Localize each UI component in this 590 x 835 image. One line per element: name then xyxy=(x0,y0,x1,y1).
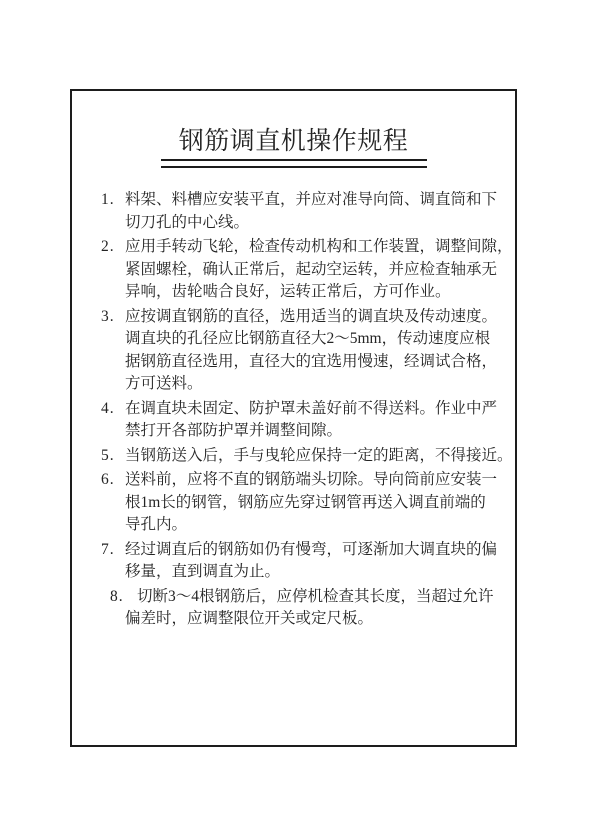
rule-text-line: 异响，齿轮啮合良好，运转正常后，方可作业。 xyxy=(125,281,499,304)
title-double-underline xyxy=(161,159,427,168)
rule-text: 经过调直后的钢筋如仍有慢弯，可逐渐加大调直块的偏移量，直到调直为止。 xyxy=(125,539,499,584)
rule-text-line: 在调直块未固定、防护罩未盖好前不得送料。作业中严 xyxy=(125,398,499,421)
rule-text-line: 应用手转动飞轮，检查传动机构和工作装置，调整间隙， xyxy=(125,236,499,259)
rule-item: 6.送料前，应将不直的钢筋端头切除。导向筒前应安装一根1m长的钢管，钢筋应先穿过… xyxy=(101,469,499,537)
rule-text-line: 调直块的孔径应比钢筋直径大2～5mm，传动速度应根 xyxy=(125,328,499,351)
title-block: 钢筋调直机操作规程 xyxy=(72,127,515,168)
rule-number: 6. xyxy=(101,469,125,492)
rule-text-line: 切刀孔的中心线。 xyxy=(125,212,499,235)
rule-text: 应按调直钢筋的直径，选用适当的调直块及传动速度。调直块的孔径应比钢筋直径大2～5… xyxy=(125,306,499,396)
rule-text-line: 经过调直后的钢筋如仍有慢弯，可逐渐加大调直块的偏 xyxy=(125,539,499,562)
rule-text-line: 紧固螺栓，确认正常后，起动空运转，并应检查轴承无 xyxy=(125,259,499,282)
rule-text: 当钢筋送入后，手与曳轮应保持一定的距离，不得接近。 xyxy=(125,445,499,468)
rule-text: 应用手转动飞轮，检查传动机构和工作装置，调整间隙，紧固螺栓，确认正常后，起动空运… xyxy=(125,236,499,304)
rule-text-line: 送料前，应将不直的钢筋端头切除。导向筒前应安装一 xyxy=(125,469,499,492)
rule-text-line: 据钢筋直径选用，直径大的宜选用慢速，经调试合格， xyxy=(125,351,499,374)
document-title: 钢筋调直机操作规程 xyxy=(72,127,515,157)
rule-number: 4. xyxy=(101,398,125,421)
rule-number: 2. xyxy=(101,236,125,259)
scanned-page: 钢筋调直机操作规程 1.料架、料槽应安装平直，并应对准导向筒、调直筒和下切刀孔的… xyxy=(0,0,590,835)
rule-number: 1. xyxy=(101,189,125,212)
rule-item: 2.应用手转动飞轮，检查传动机构和工作装置，调整间隙，紧固螺栓，确认正常后，起动… xyxy=(101,236,499,304)
rule-text-line: 移量，直到调直为止。 xyxy=(125,561,499,584)
rule-text: 在调直块未固定、防护罩未盖好前不得送料。作业中严禁打开各部防护罩并调整间隙。 xyxy=(125,398,499,443)
rule-item: 3.应按调直钢筋的直径，选用适当的调直块及传动速度。调直块的孔径应比钢筋直径大2… xyxy=(101,306,499,396)
rule-text-line: 导孔内。 xyxy=(125,514,499,537)
rule-text-line: 应按调直钢筋的直径，选用适当的调直块及传动速度。 xyxy=(125,306,499,329)
rule-number: 8. xyxy=(110,586,134,609)
rule-text-line: 偏差时，应调整限位开关或定尺板。 xyxy=(125,608,499,631)
rule-text-line: 方可送料。 xyxy=(125,373,499,396)
rule-text: 料架、料槽应安装平直，并应对准导向筒、调直筒和下切刀孔的中心线。 xyxy=(125,189,499,234)
rule-number: 5. xyxy=(101,445,125,468)
rule-item: 1.料架、料槽应安装平直，并应对准导向筒、调直筒和下切刀孔的中心线。 xyxy=(101,189,499,234)
rule-item: 5.当钢筋送入后，手与曳轮应保持一定的距离，不得接近。 xyxy=(101,445,499,468)
rule-text-line: 当钢筋送入后，手与曳轮应保持一定的距离，不得接近。 xyxy=(125,445,499,468)
rule-text-line: 切断3～4根钢筋后，应停机检查其长度，当超过允许 xyxy=(125,586,499,609)
rule-item: 7.经过调直后的钢筋如仍有慢弯，可逐渐加大调直块的偏移量，直到调直为止。 xyxy=(101,539,499,584)
rule-number: 7. xyxy=(101,539,125,562)
rule-text-line: 根1m长的钢管，钢筋应先穿过钢管再送入调直前端的 xyxy=(125,492,499,515)
rule-text: 送料前，应将不直的钢筋端头切除。导向筒前应安装一根1m长的钢管，钢筋应先穿过钢管… xyxy=(125,469,499,537)
document-border-frame: 钢筋调直机操作规程 1.料架、料槽应安装平直，并应对准导向筒、调直筒和下切刀孔的… xyxy=(70,89,517,747)
rule-text-line: 料架、料槽应安装平直，并应对准导向筒、调直筒和下 xyxy=(125,189,499,212)
rule-item: 8.切断3～4根钢筋后，应停机检查其长度，当超过允许偏差时，应调整限位开关或定尺… xyxy=(101,586,499,631)
rule-text: 切断3～4根钢筋后，应停机检查其长度，当超过允许偏差时，应调整限位开关或定尺板。 xyxy=(125,586,499,631)
rule-item: 4.在调直块未固定、防护罩未盖好前不得送料。作业中严禁打开各部防护罩并调整间隙。 xyxy=(101,398,499,443)
rule-number: 3. xyxy=(101,306,125,329)
rule-text-line: 禁打开各部防护罩并调整间隙。 xyxy=(125,420,499,443)
rules-list: 1.料架、料槽应安装平直，并应对准导向筒、调直筒和下切刀孔的中心线。2.应用手转… xyxy=(72,189,515,631)
